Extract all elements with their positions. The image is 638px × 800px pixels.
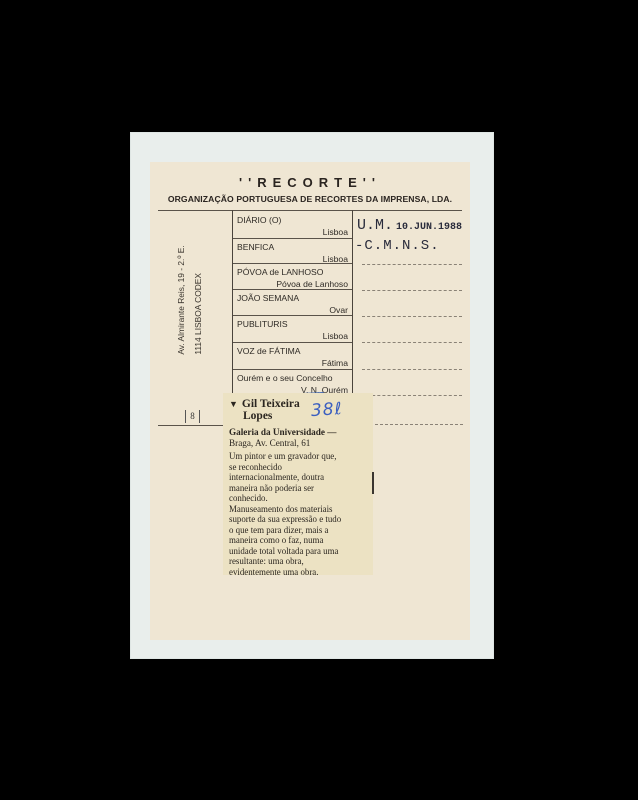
blank-line (362, 395, 462, 396)
triangle-bullet-icon: ▼ (229, 399, 238, 409)
blank-line (362, 290, 462, 291)
footer-rule-left (158, 425, 223, 426)
blank-line (362, 369, 462, 370)
blank-line (362, 316, 462, 317)
source-stamp: U.M. (357, 217, 393, 234)
blank-line (362, 264, 462, 265)
clipping-body: Um pintor e um gravador que, se reconhec… (229, 451, 374, 577)
clipping-venue: Galeria da Universidade — Braga, Av. Cen… (229, 427, 336, 448)
newspaper-clipping: ▼Gil Teixeira Lopes Galeria da Universid… (223, 393, 373, 575)
publication-entry: BENFICA Lisboa (233, 239, 351, 265)
publication-entry: PÓVOA de LANHOSO Póvoa de Lanhoso (233, 264, 351, 290)
form-title: ''RECORTE'' (150, 175, 470, 190)
publication-entry: PUBLITURIS Lisboa (233, 316, 351, 342)
header-rule (158, 210, 462, 211)
margin-mark (372, 472, 374, 494)
publication-entry: VOZ de FÁTIMA Fátima (233, 343, 351, 369)
date-stamp: 10.JUN.1988 (396, 222, 462, 233)
blank-line (375, 424, 463, 425)
company-address: Av. Almirante Reis, 19 - 2.º E. 1114 LIS… (173, 245, 207, 354)
handwritten-note: -C.M.N.S. (355, 238, 440, 254)
blank-line (362, 342, 462, 343)
column-rule-right (352, 210, 353, 400)
publication-entry: JOÃO SEMANA Ovar (233, 290, 351, 316)
handwritten-number: 38ℓ (310, 399, 343, 421)
clipping-headline: ▼Gil Teixeira Lopes (229, 398, 300, 422)
publication-entry: DIÁRIO (O) Lisboa (233, 212, 351, 238)
page-number-badge: 8 (185, 410, 200, 423)
form-subtitle: ORGANIZAÇÃO PORTUGUESA DE RECORTES DA IM… (150, 194, 470, 204)
